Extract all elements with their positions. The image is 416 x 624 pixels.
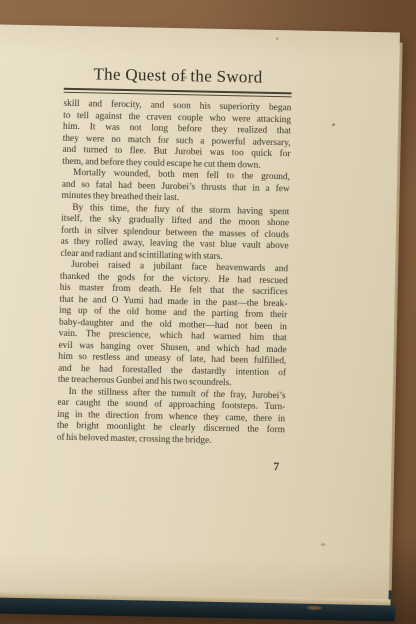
paper-speck bbox=[321, 543, 326, 546]
text-block: The Quest of the Sword skill and ferocit… bbox=[56, 63, 292, 473]
book-page: The Quest of the Sword skill and ferocit… bbox=[0, 24, 400, 599]
paper-speck bbox=[332, 123, 335, 126]
paper-speck bbox=[276, 37, 279, 40]
title-rule bbox=[64, 88, 292, 98]
cover-stain bbox=[307, 606, 321, 610]
book: The Quest of the Sword skill and ferocit… bbox=[0, 24, 400, 624]
page-number: 7 bbox=[56, 457, 284, 474]
photo-background: The Quest of the Sword skill and ferocit… bbox=[0, 0, 416, 624]
body-paragraphs: skill and ferocity, and soon his superio… bbox=[57, 99, 292, 449]
page-title: The Quest of the Sword bbox=[64, 63, 292, 90]
